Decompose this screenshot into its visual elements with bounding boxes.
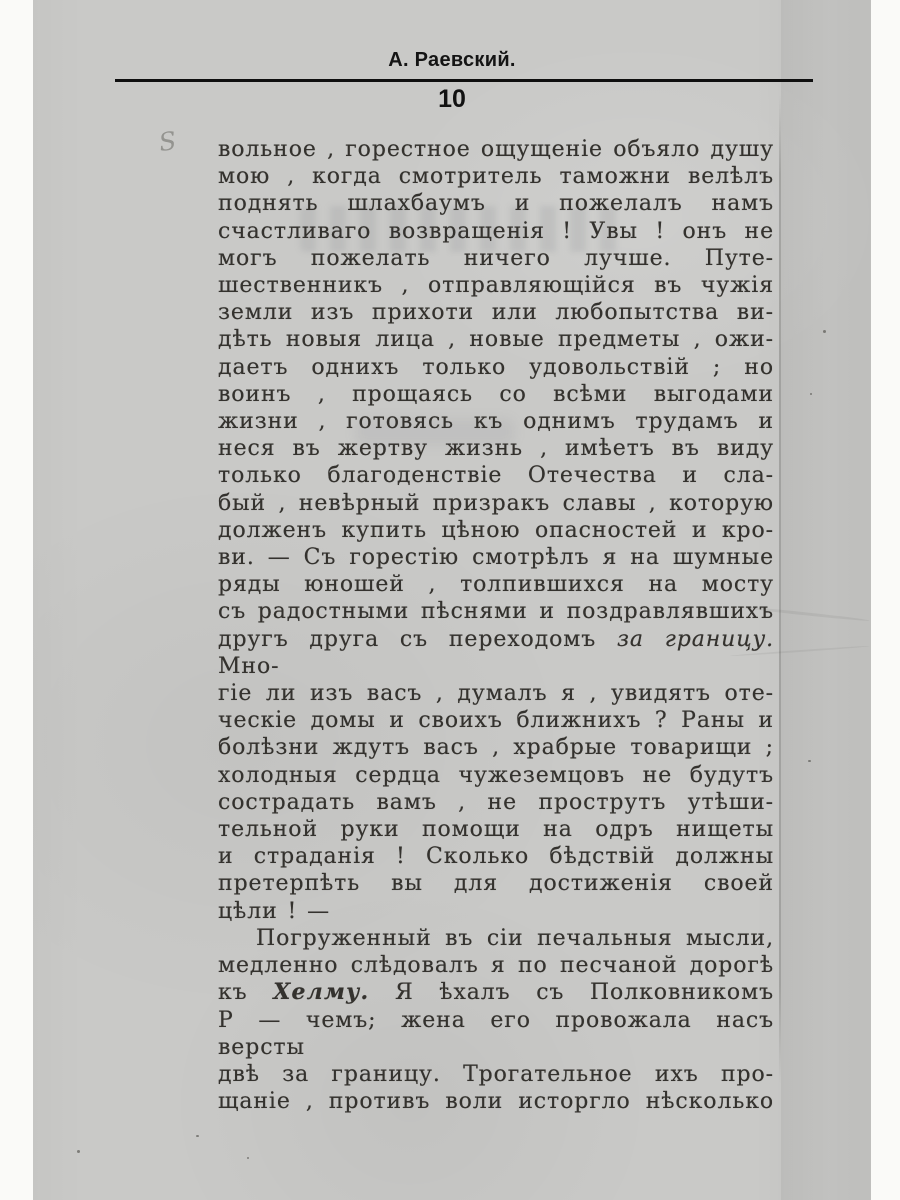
text-line: жизни , готовясь къ однимъ трудамъ и: [218, 408, 774, 435]
text-segment: вольное , горестное ощущеніе объяло душу: [218, 137, 774, 162]
text-line: претерпѣть вы для достиженія своей: [218, 870, 774, 897]
text-line: холодныя сердца чужеземцовъ не будутъ: [218, 762, 774, 789]
text-segment: только благоденствіе Отечества и сла-: [218, 463, 774, 488]
text-segment: тельной руки помощи на одръ нищеты: [218, 817, 774, 842]
text-segment: дѣть новыя лица , новые предметы , ожи-: [218, 327, 774, 352]
text-line: дѣть новыя лица , новые предметы , ожи-: [218, 326, 774, 353]
text-segment: съ радостными пѣснями и поздравлявшихъ: [218, 599, 774, 624]
text-segment: Мно-: [218, 654, 279, 679]
text-segment: жизни , готовясь къ однимъ трудамъ и: [218, 409, 774, 434]
text-segment: другъ друга съ переходомъ: [218, 627, 617, 652]
text-segment: къ: [218, 980, 273, 1005]
text-segment: болѣзни ждутъ васъ , храбрые товарищи ;: [218, 735, 774, 760]
vertical-crease: [779, 95, 781, 1085]
text-line: тельной руки помощи на одръ нищеты: [218, 816, 774, 843]
text-line: шественникъ , отправляющійся въ чужія: [218, 272, 774, 299]
text-line: даетъ однихъ только удовольствій ; но: [218, 354, 774, 381]
text-line: ряды юношей , толпившихся на мосту: [218, 571, 774, 598]
text-line: съ радостными пѣснями и поздравлявшихъ: [218, 598, 774, 625]
emphasized-text-segment: за границу.: [617, 627, 774, 652]
text-segment: неся въ жертву жизнь , имѣетъ въ виду: [218, 436, 774, 461]
text-line: поднять шлахбаумъ и пожелалъ намъ: [218, 190, 774, 217]
text-line: другъ друга съ переходомъ за границу. Мн…: [218, 626, 774, 680]
text-line: щаніе , противъ воли исторгло нѣсколько: [218, 1088, 774, 1115]
text-segment: Погруженный въ сіи печальныя мысли,: [256, 926, 774, 951]
text-segment: долженъ купить цѣною опасностей и кро-: [218, 518, 774, 543]
text-line: сострадать вамъ , не прострутъ утѣши-: [218, 789, 774, 816]
text-segment: могъ пожелать ничего лучше. Путе-: [218, 246, 774, 271]
text-line: двѣ за границу. Трогательное ихъ про-: [218, 1061, 774, 1088]
text-line: вольное , горестное ощущеніе объяло душу: [218, 136, 774, 163]
text-segment: двѣ за границу. Трогательное ихъ про-: [218, 1062, 774, 1087]
text-line: ческіе домы и своихъ ближнихъ ? Раны и: [218, 707, 774, 734]
text-line: бый , невѣрный призракъ славы , которую: [218, 490, 774, 517]
text-line: медленно слѣдовалъ я по песчаной дорогѣ: [218, 952, 774, 979]
text-segment: земли изъ прихоти или любопытства ви-: [218, 300, 774, 325]
text-segment: бый , невѣрный призракъ славы , которую: [218, 491, 774, 516]
running-head-author: А. Раевский.: [33, 49, 871, 71]
text-segment: поднять шлахбаумъ и пожелалъ намъ: [218, 191, 774, 216]
text-line: могъ пожелать ничего лучше. Путе-: [218, 245, 774, 272]
text-line: Погруженный въ сіи печальныя мысли,: [218, 925, 774, 952]
paper-speck: [823, 330, 826, 333]
paper-speck: [247, 1157, 249, 1159]
text-segment: цѣли ! —: [218, 899, 330, 924]
scanned-page: А. Раевский. 10 S вольное , горестное ощ…: [0, 0, 900, 1200]
text-segment: мою , когда смотритель таможни велѣлъ: [218, 164, 774, 189]
text-segment: счастливаго возвращенія ! Увы ! онъ не: [218, 219, 774, 244]
text-line: счастливаго возвращенія ! Увы ! онъ не: [218, 218, 774, 245]
text-line: къ Хелму. Я ѣхалъ съ Полковникомъ: [218, 979, 774, 1006]
text-line: мою , когда смотритель таможни велѣлъ: [218, 163, 774, 190]
text-segment: щаніе , противъ воли исторгло нѣсколько: [218, 1089, 774, 1114]
text-block: вольное , горестное ощущеніе объяло душу…: [218, 136, 774, 1115]
text-line: только благоденствіе Отечества и сла-: [218, 462, 774, 489]
paper-speck: [810, 393, 812, 395]
text-segment: даетъ однихъ только удовольствій ; но: [218, 355, 774, 380]
text-line: цѣли ! —: [218, 898, 774, 925]
paper-speck: [77, 1150, 80, 1153]
paper-speck: [196, 1135, 199, 1137]
text-line: ви. — Съ горестію смотрѣлъ я на шумные: [218, 544, 774, 571]
text-line: неся въ жертву жизнь , имѣетъ въ виду: [218, 435, 774, 462]
text-segment: претерпѣть вы для достиженія своей: [218, 871, 774, 896]
text-line: воинъ , прощаясь со всѣми выгодами: [218, 381, 774, 408]
text-line: земли изъ прихоти или любопытства ви-: [218, 299, 774, 326]
text-segment: Р — чемъ; жена его провожала насъ версты: [218, 1008, 774, 1060]
text-segment: и страданія ! Сколько бѣдствій должны: [218, 844, 774, 869]
text-line: Р — чемъ; жена его провожала насъ версты: [218, 1007, 774, 1061]
text-segment: шественникъ , отправляющійся въ чужія: [218, 273, 774, 298]
text-line: и страданія ! Сколько бѣдствій должны: [218, 843, 774, 870]
text-segment: ви. — Съ горестію смотрѣлъ я на шумные: [218, 545, 774, 570]
text-segment: холодныя сердца чужеземцовъ не будутъ: [218, 763, 774, 788]
text-segment: гіе ли изъ васъ , думалъ я , увидятъ оте…: [218, 681, 774, 706]
text-line: гіе ли изъ васъ , думалъ я , увидятъ оте…: [218, 680, 774, 707]
page-number: 10: [33, 86, 871, 112]
text-segment: Я ѣхалъ съ Полковникомъ: [369, 980, 774, 1005]
header-divider-rule: [115, 79, 813, 82]
text-segment: воинъ , прощаясь со всѣми выгодами: [218, 382, 774, 407]
text-segment: сострадать вамъ , не прострутъ утѣши-: [218, 790, 774, 815]
emphasized-text-segment: Хелму.: [273, 979, 369, 1005]
text-line: долженъ купить цѣною опасностей и кро-: [218, 517, 774, 544]
text-segment: медленно слѣдовалъ я по песчаной дорогѣ: [218, 953, 774, 978]
text-segment: ческіе домы и своихъ ближнихъ ? Раны и: [218, 708, 774, 733]
text-segment: ряды юношей , толпившихся на мосту: [218, 572, 774, 597]
text-line: болѣзни ждутъ васъ , храбрые товарищи ;: [218, 734, 774, 761]
page-gutter-shade: [781, 0, 871, 1200]
paper-speck: [808, 760, 811, 762]
